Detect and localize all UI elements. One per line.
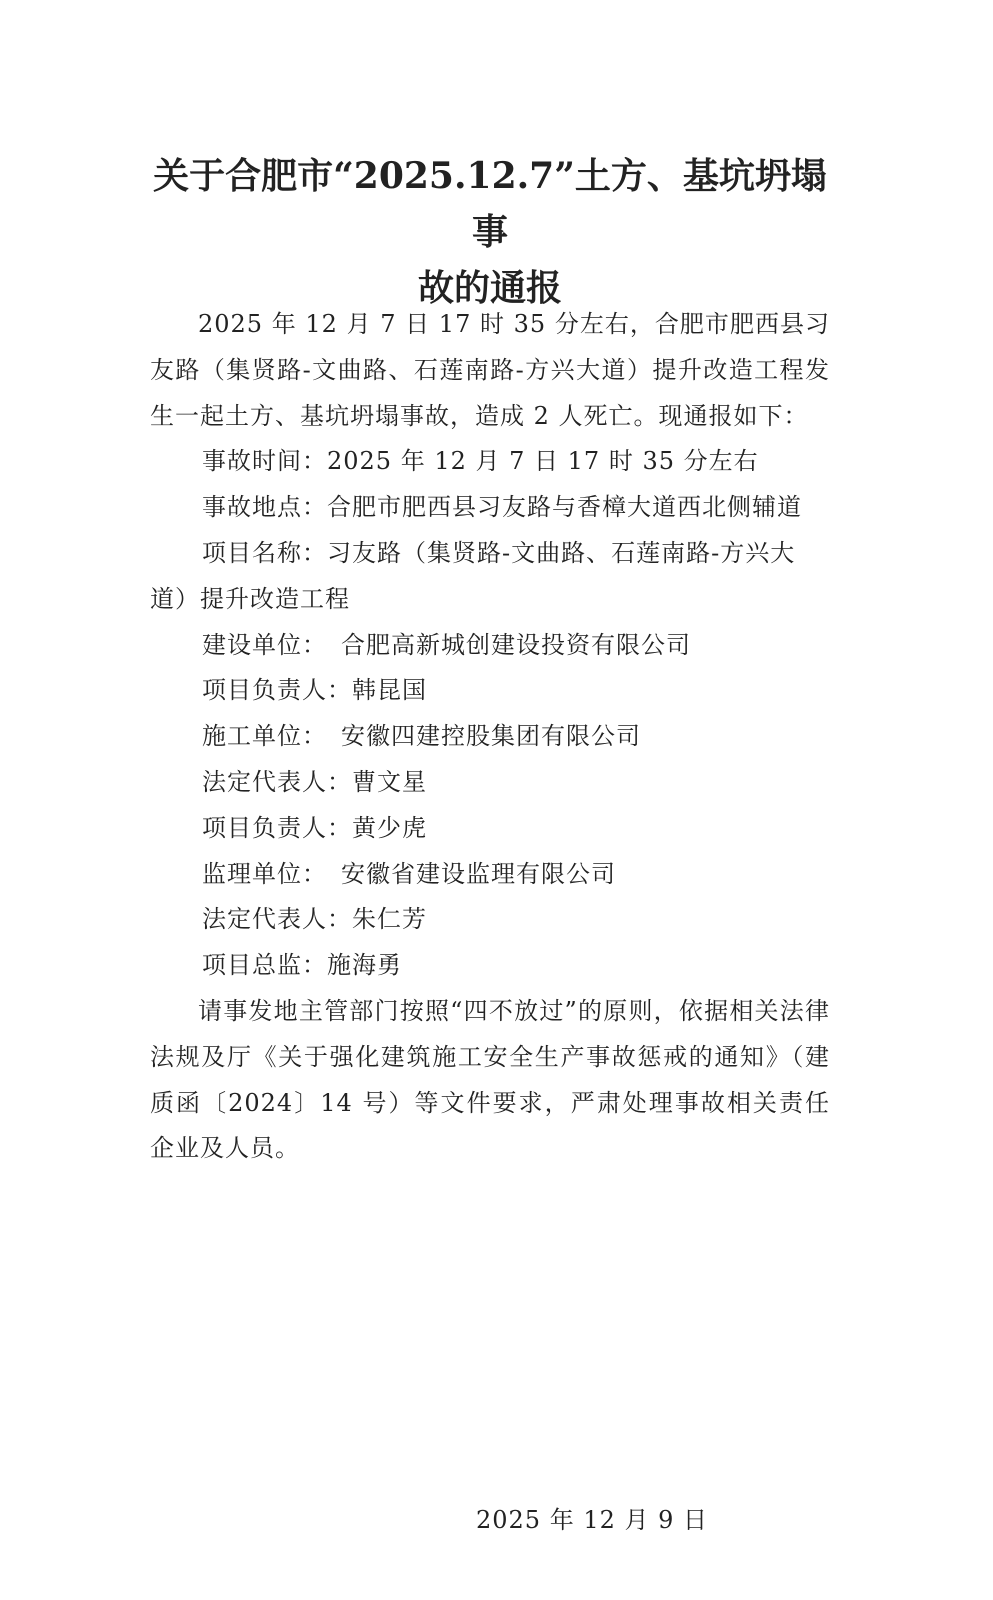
field-label: 项目名称： — [202, 539, 327, 567]
field-construction-owner: 建设单位：合肥高新城创建设投资有限公司 — [150, 623, 830, 669]
field-value: 安徽四建控股集团有限公司 — [341, 722, 641, 750]
field-label: 法定代表人： — [202, 768, 352, 796]
field-supervisor: 监理单位：安徽省建设监理有限公司 — [150, 852, 830, 898]
field-value: 合肥高新城创建设投资有限公司 — [341, 631, 691, 659]
field-label: 法定代表人： — [202, 905, 352, 933]
field-accident-time: 事故时间：2025 年 12 月 7 日 17 时 35 分左右 — [150, 439, 830, 485]
field-label: 项目负责人： — [202, 676, 352, 704]
field-contractor-project-lead: 项目负责人：黄少虎 — [150, 806, 830, 852]
field-value: 黄少虎 — [352, 814, 427, 842]
field-chief-supervisor: 项目总监：施海勇 — [150, 943, 830, 989]
field-value: 安徽省建设监理有限公司 — [341, 860, 616, 888]
field-label: 事故地点： — [202, 493, 327, 521]
closing-paragraph: 请事发地主管部门按照“四不放过”的原则，依据相关法律法规及厅《关于强化建筑施工安… — [150, 989, 830, 1172]
issue-date: 2025 年 12 月 9 日 — [476, 1500, 708, 1540]
field-contractor-legal-rep: 法定代表人：曹文星 — [150, 760, 830, 806]
field-label: 建设单位： — [202, 631, 327, 659]
field-accident-location: 事故地点：合肥市肥西县习友路与香樟大道西北侧辅道 — [150, 485, 830, 531]
field-value: 合肥市肥西县习友路与香樟大道西北侧辅道 — [327, 493, 802, 521]
field-value: 施海勇 — [327, 951, 402, 979]
field-contractor: 施工单位：安徽四建控股集团有限公司 — [150, 714, 830, 760]
document-title: 关于合肥市“2025.12.7”土方、基坑坍塌事 故的通报 — [140, 148, 840, 316]
field-project-name: 项目名称：习友路（集贤路-文曲路、石莲南路-方兴大道）提升改造工程 — [150, 531, 830, 623]
field-owner-project-lead: 项目负责人：韩昆国 — [150, 668, 830, 714]
document-body: 2025 年 12 月 7 日 17 时 35 分左右，合肥市肥西县习友路（集贤… — [150, 302, 830, 1172]
title-line-1: 关于合肥市“2025.12.7”土方、基坑坍塌事 — [140, 148, 840, 260]
field-value: 曹文星 — [352, 768, 427, 796]
field-label: 事故时间： — [202, 447, 327, 475]
field-value: 2025 年 12 月 7 日 17 时 35 分左右 — [327, 447, 759, 475]
field-label: 施工单位： — [202, 722, 327, 750]
field-label: 项目负责人： — [202, 814, 352, 842]
intro-paragraph: 2025 年 12 月 7 日 17 时 35 分左右，合肥市肥西县习友路（集贤… — [150, 302, 830, 439]
field-value: 韩昆国 — [352, 676, 427, 704]
field-supervisor-legal-rep: 法定代表人：朱仁芳 — [150, 897, 830, 943]
field-label: 项目总监： — [202, 951, 327, 979]
field-value: 朱仁芳 — [352, 905, 427, 933]
field-label: 监理单位： — [202, 860, 327, 888]
